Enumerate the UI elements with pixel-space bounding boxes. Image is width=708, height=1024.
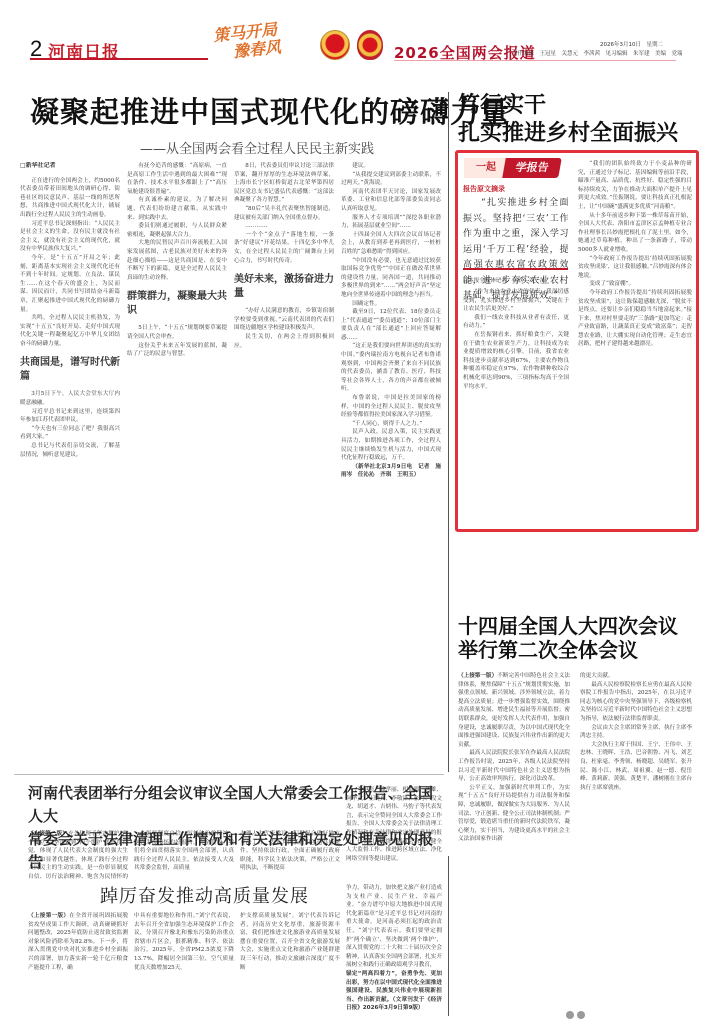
henan-column-1: （上接第一版）充分体现了坚定拥护“两个确立”、坚决做到“两个维护”的高度自觉，体…	[28, 830, 128, 880]
tag-study-report: 学报告	[502, 158, 562, 178]
paragraph: 共鸣，全过程人民民主机勃发，为实现“十五五”良好开局、走好中国式现代化关键一程凝…	[20, 314, 120, 348]
feature-column-left: “作为来自农业大省的代表，我深切感受到，扎实推进乡村全面振兴，关键在于让农民生活…	[463, 288, 569, 524]
paragraph: 变成了“致富棚”。	[578, 280, 692, 289]
paragraph: 十四届全国人大四次会议首场记者会上，从教育到养老再到医疗，一桩桩百姓的“急难愁盼…	[341, 231, 441, 257]
feature-byline: □本报全媒体记者 归欣 刘一洁	[463, 276, 545, 284]
paragraph: 充分体现了坚定拥护“两个确立”、坚决做到“两个维护”的高度自觉，体现了人民代表大…	[28, 831, 128, 880]
paragraph: 一个个“金点子”落地生根，一条条“好建议”开花结果。十四亿多中华儿女，在全过程人…	[234, 231, 334, 265]
article-source-note: 锚定“两高四着力”，奋勇争先、更加出彩，努力在以中国式现代化全面推进强国建设、民…	[346, 970, 442, 1013]
paragraph: “办好人民满意的教育，乡镇寄宿制学校要受到重视。”云南代表团的代表们围绕边疆地区…	[234, 307, 334, 333]
column-divider	[448, 92, 449, 772]
paragraph: 在岳振钢看来，抓好粮食生产，关键在于做生农业新质生产力，让科技成为农业提质增效的…	[463, 331, 569, 391]
paragraph: 有抚今追昔的感慨：“高原病，一直是高原工作生活中遇到的最大困难”“现在条件、技术…	[127, 162, 227, 196]
hqd-column-4: 争力，带动力，加快把文旅产业打造成为支柱产业、民生产业、幸福产业。“奋力谱写中原…	[346, 884, 442, 1014]
feature-column-right: “我们的团队始终致力于小麦品种的研究，正通过分子标记、基因编辑等前沿手段，瞄准产…	[578, 160, 692, 524]
paragraph: 习近平总书记深刻指出：“人民民主是社会主义的生命，没有民主就没有社会主义，就没有…	[20, 220, 120, 254]
lead-column-1: □新华社记者 正在进行的全国两会上，约5000名代表委员带着田间地头的调研心得、…	[20, 162, 120, 770]
npc-headline-line2: 举行第二次全体会议	[458, 638, 678, 662]
page-indicator[interactable]	[566, 1004, 588, 1023]
lead-headline: 凝聚起推进中国式现代化的磅礴力量	[30, 90, 510, 131]
paragraph: 3月5日下午，人民大会堂东大厅内暖意融融。	[20, 390, 120, 407]
henan-column-2: 一个彰显制度自信、厉行法治的精神、饱含为民情怀的好报告。完全赞成。我们将全面贯彻…	[134, 830, 234, 880]
hqd-column-2: 中具有重要地位和作用。”刘宁代表说，去年召开全省加强生态环境保护工作会议，分别召…	[134, 912, 234, 1012]
paragraph: 这份关乎未来五年发展的蓝图，凝结了广泛的民意与智慧。	[127, 342, 227, 359]
paragraph: 河南代表团半天讨论，国家发展改革委、工业和信息化部等部委负责同志认真听取意见。	[341, 188, 441, 214]
paragraph: 总书记与代表们亲切交流，了解基层情况，倾听意见建议。	[20, 442, 120, 459]
paragraph: “作为来自农业大省的代表，我深切感受到，扎实推进乡村全面振兴，关键在于让农民生活…	[463, 288, 569, 314]
page-dot-2[interactable]	[577, 1011, 585, 1019]
masthead-rule-right	[394, 60, 676, 61]
paragraph: 不断完善中国特色社会主义法律体系，聚焦保障“十五五”规划贯彻实施，加强重点领域、…	[458, 673, 570, 748]
paragraph: 布鲁诺说，中国是拉美国家的榜样，中国的全过程人民民主、脱贫攻坚经验等都值得拉美国…	[341, 394, 441, 420]
henan-column-4: 李纪恒、曲孝丽、相雷鸣、何雄、何华武、王晓真、李敬泽、张弓、段文龙、胡道才、吉炳…	[346, 786, 442, 880]
lead-byline: □新华社记者	[20, 162, 120, 171]
excerpt-title: 报告原文摘录	[463, 184, 505, 194]
paragraph: 公平正义，加强新时代审判工作，为实现“十五五”良好开局提供有力司法服务和保障，忠…	[458, 784, 570, 844]
paragraph: 争力，带动力，加快把文旅产业打造成为支柱产业、民生产业、幸福产业。“奋力谱写中原…	[346, 884, 442, 970]
lead-column-4: 建议。 “从我提交建议到部委主动联系，不过两天。”黄海说。 河南代表团半天讨论，…	[341, 162, 441, 770]
tag-together: 一起	[464, 158, 508, 178]
paragraph: “我们的团队始终致力于小麦品种的研究，正通过分子标记、基因编辑等前沿手段，瞄准产…	[578, 160, 692, 212]
article-dateline: （新华社北京3月9日电 记者 施雨岑 任沁沁 齐琪 王明玉）	[341, 463, 441, 480]
paragraph: 护支撑高质量发展”。刘宁代表告诉记者，河南历史文化厚重，旅游资源丰富，我们把推进…	[240, 912, 340, 972]
paragraph: 今年，是“十五五”开局之年；此刻，距离基本实现社会主义现代化还有不到十年时间。定…	[20, 254, 120, 314]
campaign-slogan-logo: 策马开局 豫春风	[212, 17, 315, 63]
paragraph: “今天也有三位同志了吧？我很高兴看到大家。”	[20, 425, 120, 442]
paragraph: “千人同心，则得千人之力。”	[341, 420, 441, 429]
continued-marker: （上接第一版）	[28, 913, 69, 919]
paragraph: 习近平总书记来到这里，连续第四年参加江苏代表团审议。	[20, 408, 120, 425]
paragraph: 会议由大会主席团常务主席、执行主席李鸿忠主持。	[580, 724, 692, 741]
continued-marker: （上接第一版）	[28, 831, 68, 837]
paragraph: “今年政府工作报告提出‘持续巩固拓展脱贫攻坚成果’，这让我很感触。”吕妙霞深有体…	[578, 255, 692, 281]
lead-column-3: 8日，代表委员们审议讨论三部法律草案，翻开厚厚的生态环境法典草案，上海市长宁区虹…	[234, 162, 334, 770]
paragraph: 5日上午，“十五五”规划纲要草案提请全国人代会审查。	[127, 324, 227, 341]
paragraph: 的更大贡献。	[580, 672, 692, 681]
paragraph: 一个彰显制度自信、厉行法治的精神、饱含为民情怀的好报告。完全赞成。我们将全面贯彻…	[134, 830, 234, 873]
hqd-column-1: （上接第一版）在全省开展巩固拓展脱贫攻坚成果工作大调研，动真碰硬抓好问题整改，2…	[28, 912, 128, 1012]
lead-subheadline: ——从全国两会看全过程人民民主新实践	[140, 138, 374, 157]
paragraph: 大地的民智民声百川奔流般汇入国家发展蓝图，古老民族对美好未来的奔赴细心描绘——这…	[127, 239, 227, 282]
paragraph: 正在进行的全国两会上，约5000名代表委员带着田间地头的调研心得、街巷社区的民意…	[20, 177, 120, 220]
quote-divider	[463, 268, 568, 270]
npc-column-1: （上接第一版）不断完善中国特色社会主义法律体系，聚焦保障“十五五”规划贯彻实施，…	[458, 672, 570, 998]
paragraph: “从我提交建议到部委主动联系，不过两天。”黄海说。	[341, 171, 441, 188]
page-dot-1[interactable]	[566, 1011, 574, 1019]
paragraph: 我们一线农业科技从业者有责任，更有动力。”	[463, 314, 569, 331]
hqd-column-3: 护支撑高质量发展”。刘宁代表告诉记者，河南历史文化厚重，旅游资源丰富，我们把推进…	[240, 912, 340, 1012]
national-emblem-icon	[320, 30, 350, 60]
paragraph: 民生关切，在两会上得到积极回应。	[234, 333, 334, 350]
masthead-rule-left	[30, 58, 208, 60]
paragraph: “这正是我们要向世界讲述的真实的中国。”委内瑞拉南方电视台记者布鲁诺观察到，中国…	[341, 342, 441, 394]
paragraph: 最高人民检察院检察长应勇在最高人民检察院工作报告中指出，2025年，在以习近平同…	[580, 681, 692, 724]
henan-column-3: 办理人大代表建议，积极配合做好地方立法工作，为人大代表履职创造良好条件。坚持依法…	[240, 830, 340, 880]
paragraph: “80后”吴丰礼代表聚焦智能制造，建议被有关部门纳入全国重点督办。	[234, 205, 334, 222]
article-separator	[14, 774, 444, 775]
paragraph: 8日，代表委员们审议讨论三部法律草案，翻开厚厚的生态环境法典草案，上海市长宁区虹…	[234, 162, 334, 205]
paragraph: 有真诚朴素的建议。为了解决问题，代表们纷纷建言献策，从实践中来、到实践中去。	[127, 196, 227, 222]
paragraph: 李纪恒、曲孝丽、相雷鸣、何雄、何华武、王晓真、李敬泽、张弓、段文龙、胡道才、吉炳…	[346, 786, 442, 863]
feature-headline-line1: 笃行实干	[458, 92, 678, 120]
paragraph: 民声入政，民意入策，民主实践更具活力，如期推进各项工作，全过程人民民主继续焕发生…	[341, 428, 441, 462]
npc-column-2: 的更大贡献。 最高人民检察院检察长应勇在最高人民检察院工作报告中指出，2025年…	[580, 672, 692, 998]
npc-session-headline: 十四届全国人大四次会议 举行第二次全体会议	[458, 614, 678, 662]
paragraph: 办理人大代表建议，积极配合做好地方立法工作，为人大代表履职创造良好条件。坚持依法…	[240, 830, 340, 873]
paragraph: 今年政府工作报告提出“持续巩固拓展脱贫攻坚成果”，这让陈保超感触尤深，“脱贫不是…	[578, 289, 692, 349]
paragraph: 在全省开展巩固拓展脱贫攻坚成果工作大调研，动真碰硬抓好问题整改，2025年底防止…	[28, 913, 128, 971]
feature-headline-line2: 扎实推进乡村全面振兴	[458, 120, 678, 148]
npc-headline-line1: 十四届全国人大四次会议	[458, 614, 678, 638]
paragraph: …………	[234, 222, 334, 231]
paragraph: 从十多年前返乡种下第一株草莓苗开始，全国人大代表、洛阳市孟津区京孟种植专业合作社…	[578, 212, 692, 255]
paragraph: 大会执行主席于伟国、王宁、王伟中、王忠林、王晓晖、王浩、巴音朝鲁、冯飞、刘艺良、…	[580, 741, 692, 793]
cppcc-emblem-icon	[357, 30, 383, 60]
section-heading: 共商国是，谱写时代新篇	[20, 356, 120, 384]
paragraph: 建议。	[341, 162, 441, 171]
paragraph: 国确定性。	[341, 300, 441, 309]
paragraph: 中具有重要地位和作用。”刘宁代表说，去年召开全省加强生态环境保护工作会议，分别召…	[134, 912, 234, 972]
paragraph: 最高人民法院院长张军在作最高人民法院工作报告时说，2025年，各级人民法院坚持以…	[458, 749, 570, 783]
section-heading: 群策群力，凝聚最大共识	[127, 290, 227, 318]
paragraph: 截至9日，12位代表、18位委员走上“代表通道”“委员通道”；10位部门主要负责…	[341, 308, 441, 342]
column-divider-lower	[448, 856, 449, 1016]
section-heading: 美好未来，激扬奋进力量	[234, 273, 334, 301]
paragraph: 委员们则通过履职，与人民群众紧密相连，凝聚起强大合力。	[127, 222, 227, 239]
high-quality-development-headline: 踔厉奋发推动高质量发展	[100, 882, 309, 908]
feature-headline: 笃行实干 扎实推进乡村全面振兴	[458, 92, 678, 148]
study-report-tag: 一起 学报告	[464, 158, 558, 178]
editor-credits: 责任编辑 王冠星 关慧元 李茜茜 见习编辑 朱军建 美编 党瑞	[512, 49, 683, 57]
continued-marker: （上接第一版）	[458, 673, 497, 679]
paragraph: 服务人才专项培训”“深挖各职业潜力，拓展基层就业空间”……	[341, 214, 441, 231]
lead-column-2: 有抚今追昔的感慨：“高原病，一直是高原工作生活中遇到的最大困难”“现在条件、技术…	[127, 162, 227, 770]
paragraph: “中国没有必要，也无意通过比较获取国际竞争优势”“中国正在做改革世界的建设性力量…	[341, 257, 441, 300]
issue-date: 2026年3月10日 星期二	[600, 40, 663, 48]
